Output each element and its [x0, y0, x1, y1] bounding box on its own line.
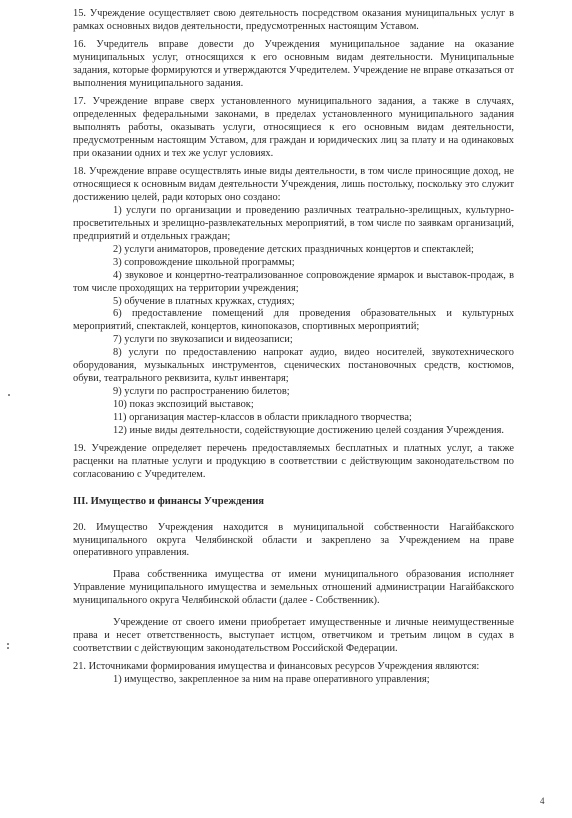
- list-item: 3) сопровождение школьной программы;: [73, 257, 514, 270]
- scan-speck: [7, 643, 9, 645]
- paragraph-19: 19. Учреждение определяет перечень предо…: [73, 443, 514, 482]
- list-item: 4) звуковое и концертно-театрализованное…: [73, 270, 514, 296]
- scan-speck: [7, 647, 9, 649]
- list-item: 8) услуги по предоставлению напрокат ауд…: [73, 347, 514, 386]
- list-item: 10) показ экспозиций выставок;: [73, 399, 514, 412]
- paragraph-21: 21. Источниками формирования имущества и…: [73, 661, 514, 674]
- list-item: 6) предоставление помещений для проведен…: [73, 308, 514, 334]
- list-item: 5) обучение в платных кружках, студиях;: [73, 296, 514, 309]
- paragraph-20: 20. Имущество Учреждения находится в мун…: [73, 522, 514, 561]
- paragraph-20-owner: Права собственника имущества от имени му…: [73, 569, 514, 608]
- list-item: 1) услуги по организации и проведению ра…: [73, 205, 514, 244]
- paragraph-18-list: 1) услуги по организации и проведению ра…: [73, 205, 514, 437]
- list-item: 2) услуги аниматоров, проведение детских…: [73, 244, 514, 257]
- section-heading: III. Имущество и финансы Учреждения: [73, 496, 514, 509]
- scan-speck: [8, 394, 10, 396]
- list-item: 1) имущество, закрепленное за ним на пра…: [73, 674, 514, 687]
- paragraph-18: 18. Учреждение вправе осуществлять иные …: [73, 166, 514, 205]
- paragraph-17: 17. Учреждение вправе сверх установленно…: [73, 96, 514, 161]
- list-item: 7) услуги по звукозаписи и видеозаписи;: [73, 334, 514, 347]
- list-item: 12) иные виды деятельности, содействующи…: [73, 425, 514, 438]
- paragraph-20-rights: Учреждение от своего имени приобретает и…: [73, 617, 514, 656]
- list-item: 9) услуги по распространению билетов;: [73, 386, 514, 399]
- paragraph-16: 16. Учредитель вправе довести до Учрежде…: [73, 39, 514, 91]
- page-number: 4: [540, 796, 545, 806]
- document-page: 15. Учреждение осуществляет свою деятель…: [73, 8, 514, 687]
- list-item: 11) организация мастер-классов в области…: [73, 412, 514, 425]
- paragraph-15: 15. Учреждение осуществляет свою деятель…: [73, 8, 514, 34]
